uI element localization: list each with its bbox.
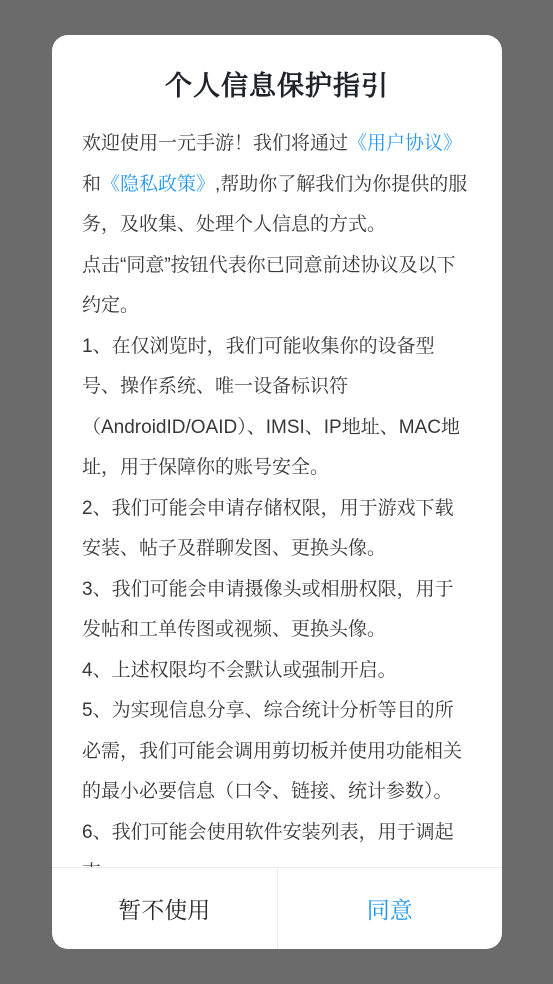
- clause-1-paragraph: 1、在仅浏览时，我们可能收集你的设备型号、操作系统、唯一设备标识符（Androi…: [82, 327, 472, 489]
- modal-scrim: 个人信息保护指引 欢迎使用一元手游！我们将通过《用户协议》和《隐私政策》,帮助你…: [0, 0, 553, 984]
- clause-3-paragraph: 3、我们可能会申请摄像头或相册权限，用于发帖和工单传图或视频、更换头像。: [82, 570, 472, 651]
- agree-button[interactable]: 同意: [278, 868, 503, 949]
- agree-note-paragraph: 点击“同意”按钮代表你已同意前述协议及以下约定。: [82, 246, 472, 327]
- clause-4-paragraph: 4、上述权限均不会默认或强制开启。: [82, 651, 472, 692]
- decline-button[interactable]: 暂不使用: [52, 868, 277, 949]
- dialog-body-scroll-area[interactable]: 欢迎使用一元手游！我们将通过《用户协议》和《隐私政策》,帮助你了解我们为你提供的…: [52, 101, 502, 867]
- intro-text-before-links: 欢迎使用一元手游！我们将通过: [82, 133, 348, 154]
- clause-2-paragraph: 2、我们可能会申请存储权限，用于游戏下载安装、帖子及群聊发图、更换头像。: [82, 489, 472, 570]
- dialog-action-bar: 暂不使用 同意: [52, 867, 502, 949]
- intro-paragraph: 欢迎使用一元手游！我们将通过《用户协议》和《隐私政策》,帮助你了解我们为你提供的…: [82, 124, 472, 246]
- clause-5-paragraph: 5、为实现信息分享、综合统计分析等目的所必需，我们可能会调用剪切板并使用功能相关…: [82, 691, 472, 813]
- clause-6-paragraph: 6、我们可能会使用软件安装列表，用于调起支: [82, 813, 472, 868]
- privacy-policy-link[interactable]: 《隐私政策》: [101, 174, 215, 195]
- user-agreement-link[interactable]: 《用户协议》: [348, 133, 462, 154]
- privacy-guide-dialog: 个人信息保护指引 欢迎使用一元手游！我们将通过《用户协议》和《隐私政策》,帮助你…: [52, 35, 502, 949]
- dialog-title: 个人信息保护指引: [52, 35, 502, 101]
- intro-text-between-links: 和: [82, 174, 101, 195]
